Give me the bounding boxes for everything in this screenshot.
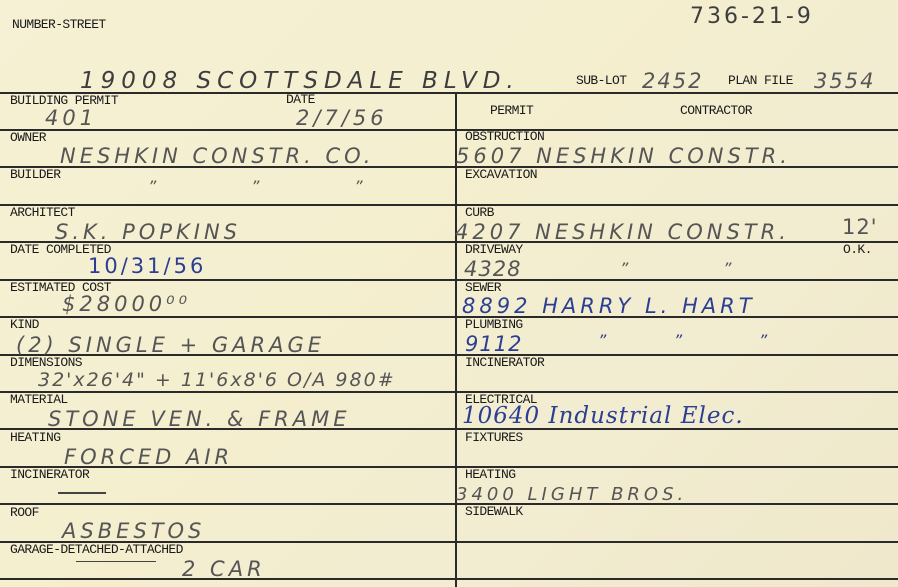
divider: [0, 92, 898, 94]
divider: [0, 316, 898, 318]
heating-value: FORCED AIR: [64, 446, 233, 468]
estimated-cost-value: $28000⁰⁰: [62, 293, 191, 315]
date-label: DATE: [286, 93, 315, 107]
garage-label: GARAGE-DETACHED-ATTACHED: [10, 543, 183, 557]
sewer-value: 8892 HARRY L. HART: [462, 295, 756, 317]
curb-label: CURB: [465, 206, 494, 220]
permit-column-header: PERMIT: [490, 104, 533, 118]
owner-value: NESHKIN CONSTR. CO.: [60, 145, 374, 167]
curb-note: 12': [842, 216, 878, 238]
divider: [0, 129, 898, 131]
contractor-column-header: CONTRACTOR: [680, 104, 752, 118]
builder-value: ” ” ”: [148, 176, 367, 198]
divider: [0, 503, 898, 505]
heating-permit-value: 3400 LIGHT BROS.: [456, 484, 687, 506]
divider: [0, 391, 898, 393]
driveway-label: DRIVEWAY: [465, 243, 523, 257]
driveway-note: O.K.: [843, 243, 872, 257]
driveway-ditto: ” ”: [620, 258, 735, 280]
excavation-label: EXCAVATION: [465, 168, 537, 182]
fixtures-label: FIXTURES: [465, 431, 523, 445]
material-label: MATERIAL: [10, 393, 68, 407]
building-permit-card: NUMBER-STREET 736-21-9 19008 SCOTTSDALE …: [0, 0, 898, 587]
file-number: 736-21-9: [690, 6, 814, 28]
builder-label: BUILDER: [10, 168, 60, 182]
garage-value: 2 CAR: [182, 558, 266, 580]
heating-label: HEATING: [10, 431, 60, 445]
divider: [0, 204, 898, 206]
building-permit-value: 401: [45, 107, 97, 129]
plumbing-value: 9112: [465, 333, 522, 355]
sub-lot-value: 2452: [642, 70, 703, 92]
roof-label: ROOF: [10, 506, 39, 520]
divider: [0, 578, 898, 580]
address: 19008 SCOTTSDALE BLVD.: [80, 70, 520, 92]
plan-file-label: PLAN FILE: [728, 74, 793, 88]
sewer-label: SEWER: [465, 281, 501, 295]
obstruction-value: 5607 NESHKIN CONSTR.: [456, 145, 791, 167]
kind-label: KIND: [10, 318, 39, 332]
dimensions-label: DIMENSIONS: [10, 356, 82, 370]
incinerator-dash: [58, 492, 106, 494]
divider: [0, 279, 898, 281]
owner-label: OWNER: [10, 131, 46, 145]
roof-value: ASBESTOS: [62, 520, 205, 542]
sidewalk-label: SIDEWALK: [465, 505, 523, 519]
incinerator-label: INCINERATOR: [10, 468, 89, 482]
plan-file-value: 3554: [814, 70, 875, 92]
heating-permit-label: HEATING: [465, 468, 515, 482]
kind-value: (2) SINGLE + GARAGE: [16, 334, 325, 356]
architect-value: S.K. POPKINS: [55, 221, 241, 243]
plumbing-label: PLUMBING: [465, 318, 523, 332]
electrical-value: 10640 Industrial Elec.: [462, 405, 744, 427]
number-street-label: NUMBER-STREET: [12, 18, 106, 32]
material-value: STONE VEN. & FRAME: [48, 408, 351, 430]
dimensions-value: 32'x26'4" + 11'6x8'6 O/A 980#: [38, 369, 396, 391]
incinerator-permit-label: INCINERATOR: [465, 356, 544, 370]
garage-detached-underline: [76, 561, 156, 562]
obstruction-label: OBSTRUCTION: [465, 130, 544, 144]
sub-lot-label: SUB-LOT: [576, 74, 626, 88]
date-completed-value: 10/31/56: [88, 255, 206, 277]
architect-label: ARCHITECT: [10, 206, 75, 220]
plumbing-ditto: ” ” ”: [598, 330, 771, 352]
driveway-value: 4328: [464, 258, 521, 280]
curb-value: 4207 NESHKIN CONSTR.: [455, 221, 790, 243]
date-value: 2/7/56: [296, 107, 388, 129]
